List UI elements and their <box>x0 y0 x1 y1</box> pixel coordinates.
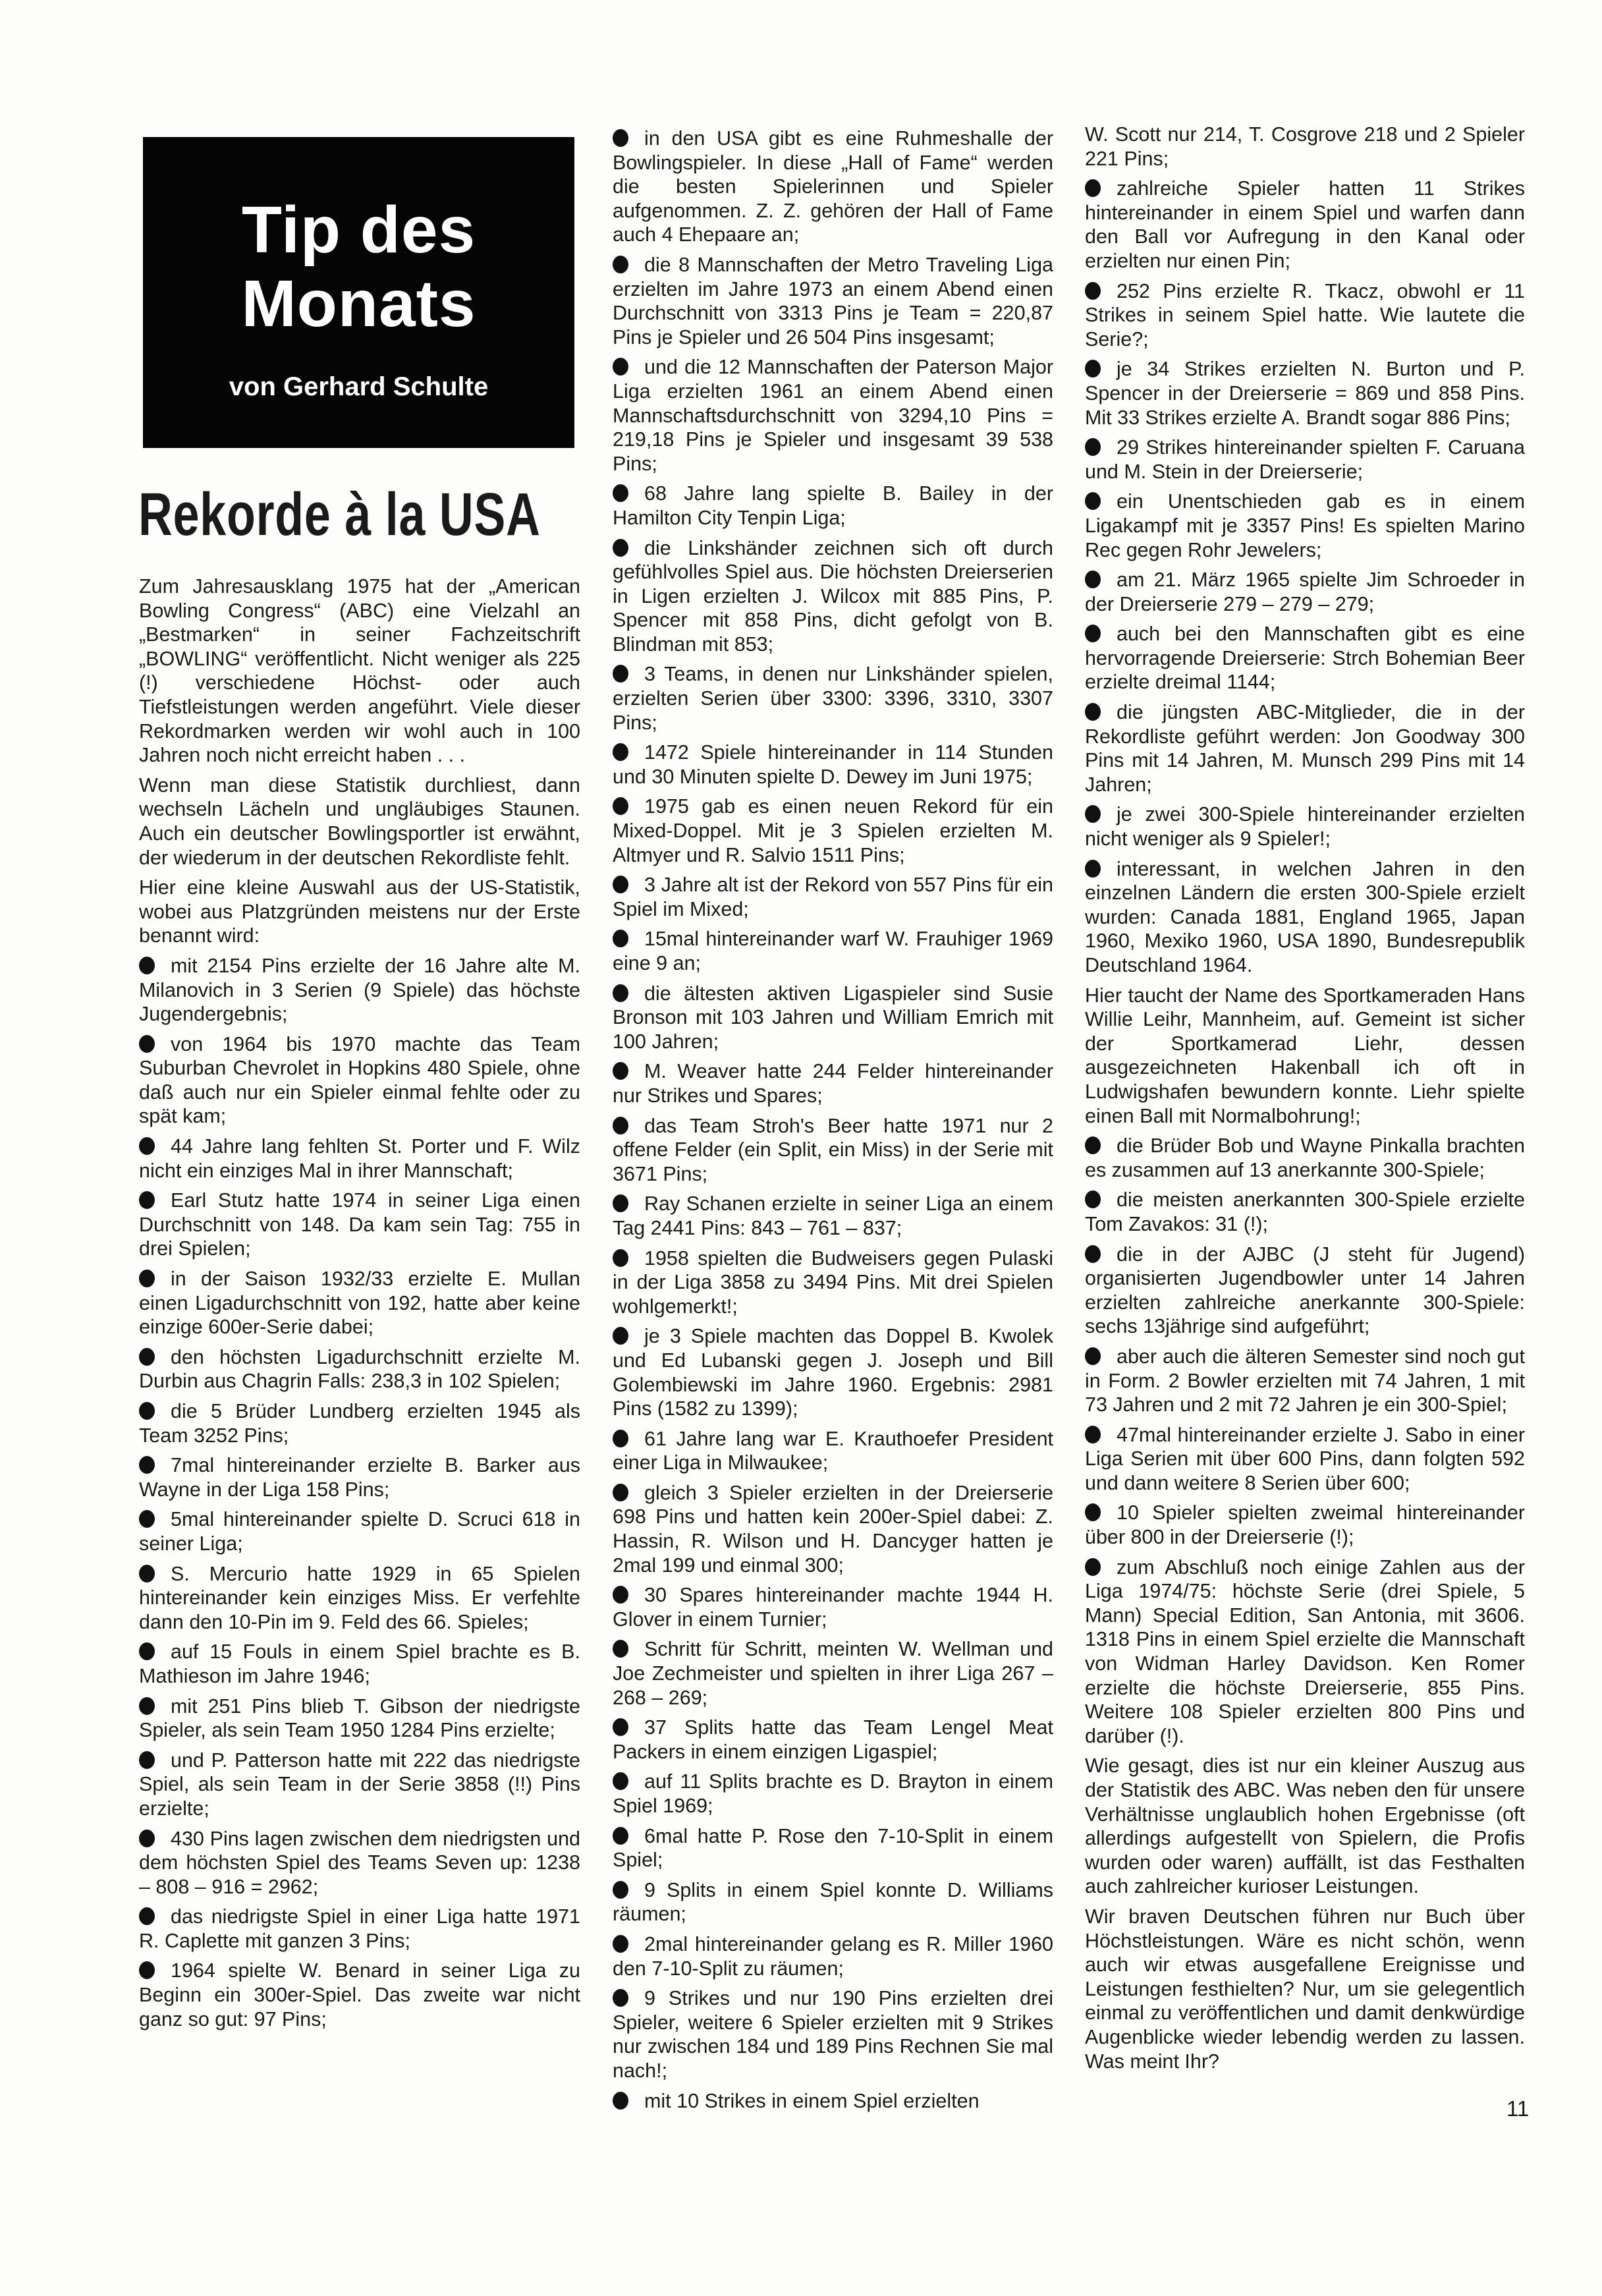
record-item: den höchsten Ligadurchschnitt erzielte M… <box>139 1345 580 1393</box>
record-item: 1975 gab es einen neuen Rekord für ein M… <box>613 795 1053 867</box>
byline: von Gerhard Schulte <box>143 372 574 402</box>
bullet-icon <box>613 1718 628 1736</box>
record-text: den höchsten Ligadurchschnitt erzielte M… <box>139 1346 580 1393</box>
record-item: 1964 spielte W. Benard in seiner Liga zu… <box>139 1959 580 2031</box>
record-item: 5mal hintereinander spielte D. Scruci 61… <box>139 1507 580 1555</box>
record-text: 9 Splits in einem Spiel konnte D. Willia… <box>613 1879 1053 1926</box>
record-text: von 1964 bis 1970 machte das Team Suburb… <box>139 1033 580 1128</box>
closing-paragraph: Wie gesagt, dies ist nur ein kleiner Aus… <box>1085 1754 1525 1899</box>
column-2: in den USA gibt es eine Ruhmeshalle der … <box>613 126 1053 2119</box>
record-text: je 34 Strikes erzielten N. Burton und P.… <box>1085 358 1525 428</box>
record-item: M. Weaver hatte 244 Felder hintereinande… <box>613 1059 1053 1107</box>
bullet-icon <box>613 797 628 815</box>
bullet-icon <box>1085 492 1101 510</box>
record-item: 30 Spares hintereinander machte 1944 H. … <box>613 1583 1053 1631</box>
record-item: Earl Stutz hatte 1974 in seiner Liga ein… <box>139 1189 580 1261</box>
record-text: die 5 Brüder Lundberg erzielten 1945 als… <box>139 1400 580 1447</box>
record-text: das Team Stroh's Beer hatte 1971 nur 2 o… <box>613 1115 1053 1185</box>
intro-paragraph: Wenn man diese Statistik durchliest, dan… <box>139 773 580 870</box>
record-item: je 3 Spiele machten das Doppel B. Kwolek… <box>613 1324 1053 1420</box>
bullet-icon <box>613 984 628 1002</box>
record-item: auf 15 Fouls in einem Spiel brachte es B… <box>139 1640 580 1688</box>
record-list: mit 2154 Pins erzielte der 16 Jahre alte… <box>139 954 580 2031</box>
record-text: 1958 spielten die Budweisers gegen Pulas… <box>613 1247 1053 1318</box>
record-item: die in der AJBC (J steht für Jugend) org… <box>1085 1243 1525 1339</box>
bullet-icon <box>613 539 628 557</box>
record-item: mit 251 Pins blieb T. Gibson der niedrig… <box>139 1694 580 1743</box>
bullet-icon <box>1085 179 1101 197</box>
bullet-icon <box>139 1697 155 1715</box>
bullet-icon <box>139 1751 155 1769</box>
record-item: aber auch die älteren Semester sind noch… <box>1085 1345 1525 1417</box>
bullet-icon <box>139 1907 155 1925</box>
bullet-icon <box>613 256 628 273</box>
record-item: von 1964 bis 1970 machte das Team Suburb… <box>139 1032 580 1129</box>
bullet-icon <box>139 1830 155 1847</box>
record-item: mit 2154 Pins erzielte der 16 Jahre alte… <box>139 954 580 1026</box>
record-text: 430 Pins lagen zwischen dem niedrigsten … <box>139 1828 580 1898</box>
record-item: die meisten anerkannten 300-Spiele erzie… <box>1085 1188 1525 1236</box>
bullet-icon <box>613 358 628 376</box>
bullet-icon <box>613 1881 628 1899</box>
record-item: ein Unentschieden gab es in einem Ligaka… <box>1085 490 1525 562</box>
bullet-icon <box>1085 1136 1101 1154</box>
record-item: das Team Stroh's Beer hatte 1971 nur 2 o… <box>613 1114 1053 1187</box>
record-text: 15mal hintereinander warf W. Frauhiger 1… <box>613 928 1053 974</box>
bullet-icon <box>613 1117 628 1134</box>
record-item: 47mal hintereinander erzielte J. Sabo in… <box>1085 1423 1525 1496</box>
record-item: je 34 Strikes erzielten N. Burton und P.… <box>1085 357 1525 430</box>
record-text: die meisten anerkannten 300-Spiele erzie… <box>1085 1189 1525 1235</box>
intro-paragraph: Zum Jahresausklang 1975 hat der „America… <box>139 574 580 768</box>
record-text: S. Mercurio hatte 1929 in 65 Spielen hin… <box>139 1563 580 1633</box>
record-text: in den USA gibt es eine Ruhmeshalle der … <box>613 127 1053 246</box>
record-text: auch bei den Mannschaften gibt es eine h… <box>1085 623 1525 693</box>
record-item: auf 11 Splits brachte es D. Brayton in e… <box>613 1770 1053 1818</box>
bullet-icon <box>139 1642 155 1660</box>
tip-title-line1: Tip des <box>143 193 574 267</box>
bullet-icon <box>1085 625 1101 642</box>
bullet-icon <box>613 1640 628 1658</box>
record-text: ein Unentschieden gab es in einem Ligaka… <box>1085 490 1525 561</box>
bullet-icon <box>139 1191 155 1209</box>
record-item: 9 Strikes und nur 190 Pins erzielten dre… <box>613 1986 1053 2083</box>
record-item: am 21. März 1965 spielte Jim Schroeder i… <box>1085 568 1525 616</box>
bullet-icon <box>139 1456 155 1474</box>
record-item: auch bei den Mannschaften gibt es eine h… <box>1085 622 1525 694</box>
record-item: 9 Splits in einem Spiel konnte D. Willia… <box>613 1878 1053 1926</box>
record-text: 252 Pins erzielte R. Tkacz, obwohl er 11… <box>1085 280 1525 350</box>
bullet-icon <box>613 930 628 947</box>
record-text: interessant, in welchen Jahren in den ei… <box>1085 858 1525 976</box>
bullet-icon <box>613 1935 628 1953</box>
bullet-icon <box>139 1565 155 1582</box>
record-text: 44 Jahre lang fehlten St. Porter und F. … <box>139 1135 580 1182</box>
tip-des-monats-box: Tip des Monats von Gerhard Schulte <box>143 137 574 448</box>
bullet-icon <box>1085 360 1101 378</box>
record-item: interessant, in welchen Jahren in den ei… <box>1085 857 1525 978</box>
record-item: 1472 Spiele hintereinander in 114 Stunde… <box>613 741 1053 789</box>
record-item: die Brüder Bob und Wayne Pinkalla bracht… <box>1085 1134 1525 1182</box>
record-item: 2mal hintereinander gelang es R. Miller … <box>613 1932 1053 1980</box>
record-item: S. Mercurio hatte 1929 in 65 Spielen hin… <box>139 1562 580 1635</box>
record-continuation: W. Scott nur 214, T. Cosgrove 218 und 2 … <box>1085 123 1525 171</box>
bullet-icon <box>613 1772 628 1790</box>
record-text: 9 Strikes und nur 190 Pins erzielten dre… <box>613 1987 1053 2082</box>
record-item: 3 Teams, in denen nur Linkshänder spiele… <box>613 662 1053 735</box>
record-text: mit 251 Pins blieb T. Gibson der niedrig… <box>139 1695 580 1742</box>
article-headline: Rekorde à la USA <box>138 482 541 547</box>
tip-title-line2: Monats <box>143 267 574 341</box>
record-text: 37 Splits hatte das Team Lengel Meat Pac… <box>613 1716 1053 1763</box>
record-item: und die 12 Mannschaften der Paterson Maj… <box>613 355 1053 476</box>
record-item: zahlreiche Spieler hatten 11 Strikes hin… <box>1085 177 1525 273</box>
record-item: je zwei 300-Spiele hintereinander erziel… <box>1085 802 1525 851</box>
record-item: zum Abschluß noch einige Zahlen aus der … <box>1085 1555 1525 1749</box>
record-item: und P. Patterson hatte mit 222 das niedr… <box>139 1749 580 1821</box>
record-text: 3 Teams, in denen nur Linkshänder spiele… <box>613 663 1053 733</box>
record-text: die in der AJBC (J steht für Jugend) org… <box>1085 1243 1525 1338</box>
record-text: die Linkshänder zeichnen sich oft durch … <box>613 537 1053 656</box>
record-text: je zwei 300-Spiele hintereinander erziel… <box>1085 803 1525 850</box>
record-text: mit 10 Strikes in einem Spiel erzielten <box>644 2090 980 2112</box>
record-item: 7mal hintereinander erzielte B. Barker a… <box>139 1453 580 1501</box>
record-item: 29 Strikes hintereinander spielten F. Ca… <box>1085 435 1525 484</box>
record-item: in der Saison 1932/33 erzielte E. Mullan… <box>139 1267 580 1339</box>
bullet-icon <box>1085 571 1101 588</box>
record-text: 29 Strikes hintereinander spielten F. Ca… <box>1085 436 1525 483</box>
record-text: die Brüder Bob und Wayne Pinkalla bracht… <box>1085 1134 1525 1181</box>
record-item: in den USA gibt es eine Ruhmeshalle der … <box>613 126 1053 247</box>
record-item: mit 10 Strikes in einem Spiel erzielten <box>613 2089 1053 2114</box>
bullet-icon <box>139 1035 155 1053</box>
record-text: 1472 Spiele hintereinander in 114 Stunde… <box>613 741 1053 788</box>
bullet-icon <box>139 1348 155 1366</box>
bullet-icon <box>1085 1426 1101 1443</box>
bullet-icon <box>613 1827 628 1845</box>
bullet-icon <box>139 957 155 974</box>
record-text: M. Weaver hatte 244 Felder hintereinande… <box>613 1060 1053 1107</box>
record-item: 430 Pins lagen zwischen dem niedrigsten … <box>139 1827 580 1899</box>
record-item: die jüngsten ABC-Mitglieder, die in der … <box>1085 700 1525 797</box>
record-text: auf 11 Splits brachte es D. Brayton in e… <box>613 1770 1053 1817</box>
record-text: mit 2154 Pins erzielte der 16 Jahre alte… <box>139 955 580 1025</box>
bullet-icon <box>613 1327 628 1345</box>
record-item: die 8 Mannschaften der Metro Traveling L… <box>613 253 1053 349</box>
bullet-icon <box>1085 1558 1101 1576</box>
record-item: die ältesten aktiven Ligaspieler sind Su… <box>613 982 1053 1054</box>
record-text: das niedrigste Spiel in einer Liga hatte… <box>139 1905 580 1952</box>
bullet-icon <box>139 1270 155 1287</box>
record-item: 3 Jahre alt ist der Rekord von 557 Pins … <box>613 873 1053 921</box>
record-text: gleich 3 Spieler erzielten in der Dreier… <box>613 1482 1053 1577</box>
record-text: 30 Spares hintereinander machte 1944 H. … <box>613 1584 1053 1631</box>
bullet-icon <box>613 2092 628 2110</box>
bullet-icon <box>139 1510 155 1528</box>
bullet-icon <box>613 1249 628 1267</box>
record-text: 47mal hintereinander erzielte J. Sabo in… <box>1085 1424 1525 1494</box>
record-item: gleich 3 Spieler erzielten in der Dreier… <box>613 1481 1053 1577</box>
closing-paragraph: Wir braven Deutschen führen nur Buch übe… <box>1085 1905 1525 2073</box>
bullet-icon <box>1085 1503 1101 1521</box>
bullet-icon <box>613 1484 628 1501</box>
record-text: zum Abschluß noch einige Zahlen aus der … <box>1085 1556 1525 1747</box>
bullet-icon <box>1085 860 1101 878</box>
bullet-icon <box>613 876 628 893</box>
record-text: 10 Spieler spielten zweimal hintereinand… <box>1085 1501 1525 1548</box>
record-text: Earl Stutz hatte 1974 in seiner Liga ein… <box>139 1189 580 1260</box>
record-text: und P. Patterson hatte mit 222 das niedr… <box>139 1749 580 1820</box>
bullet-icon <box>1085 1190 1101 1208</box>
record-list: die Brüder Bob und Wayne Pinkalla bracht… <box>1085 1134 1525 1748</box>
record-item: 6mal hatte P. Rose den 7-10-Split in ein… <box>613 1824 1053 1872</box>
record-item: 61 Jahre lang war E. Krauthoefer Preside… <box>613 1427 1053 1475</box>
bullet-icon <box>613 1586 628 1604</box>
bullet-icon <box>613 743 628 761</box>
record-text: aber auch die älteren Semester sind noch… <box>1085 1345 1525 1416</box>
bullet-icon <box>139 1137 155 1155</box>
record-text: in der Saison 1932/33 erzielte E. Mullan… <box>139 1268 580 1338</box>
record-item: die 5 Brüder Lundberg erzielten 1945 als… <box>139 1399 580 1447</box>
record-item: die Linkshänder zeichnen sich oft durch … <box>613 536 1053 657</box>
leihr-paragraph: Hier taucht der Name des Sportkameraden … <box>1085 984 1525 1129</box>
intro-paragraph: Hier eine kleine Auswahl aus der US-Stat… <box>139 876 580 948</box>
record-text: 6mal hatte P. Rose den 7-10-Split in ein… <box>613 1825 1053 1872</box>
record-list: in den USA gibt es eine Ruhmeshalle der … <box>613 126 1053 2113</box>
record-item: 10 Spieler spielten zweimal hintereinand… <box>1085 1501 1525 1549</box>
record-item: 252 Pins erzielte R. Tkacz, obwohl er 11… <box>1085 279 1525 352</box>
record-text: Ray Schanen erzielte in seiner Liga an e… <box>613 1192 1053 1239</box>
bullet-icon <box>1085 1347 1101 1365</box>
record-item: Ray Schanen erzielte in seiner Liga an e… <box>613 1192 1053 1240</box>
bullet-icon <box>139 1961 155 1979</box>
record-list: zahlreiche Spieler hatten 11 Strikes hin… <box>1085 177 1525 977</box>
record-item: 37 Splits hatte das Team Lengel Meat Pac… <box>613 1716 1053 1764</box>
record-item: 15mal hintereinander warf W. Frauhiger 1… <box>613 927 1053 975</box>
bullet-icon <box>613 1989 628 2007</box>
record-item: Schritt für Schritt, meinten W. Wellman … <box>613 1637 1053 1710</box>
record-text: 61 Jahre lang war E. Krauthoefer Preside… <box>613 1428 1053 1474</box>
bullet-icon <box>613 129 628 147</box>
record-text: zahlreiche Spieler hatten 11 Strikes hin… <box>1085 177 1525 272</box>
record-text: je 3 Spiele machten das Doppel B. Kwolek… <box>613 1325 1053 1420</box>
record-text: 5mal hintereinander spielte D. Scruci 61… <box>139 1508 580 1555</box>
bullet-icon <box>613 1062 628 1080</box>
record-text: 1975 gab es einen neuen Rekord für ein M… <box>613 795 1053 866</box>
bullet-icon <box>1085 1245 1101 1263</box>
record-item: das niedrigste Spiel in einer Liga hatte… <box>139 1905 580 1953</box>
record-text: 2mal hintereinander gelang es R. Miller … <box>613 1933 1053 1980</box>
bullet-icon <box>613 484 628 502</box>
bullet-icon <box>139 1402 155 1420</box>
record-item: 68 Jahre lang spielte B. Bailey in der H… <box>613 482 1053 530</box>
bullet-icon <box>1085 805 1101 823</box>
record-text: die ältesten aktiven Ligaspieler sind Su… <box>613 982 1053 1053</box>
bullet-icon <box>1085 282 1101 300</box>
record-text: auf 15 Fouls in einem Spiel brachte es B… <box>139 1640 580 1687</box>
record-text: die jüngsten ABC-Mitglieder, die in der … <box>1085 701 1525 796</box>
bullet-icon <box>613 665 628 683</box>
record-text: 68 Jahre lang spielte B. Bailey in der H… <box>613 482 1053 529</box>
record-text: 1964 spielte W. Benard in seiner Liga zu… <box>139 1959 580 2030</box>
record-item: 44 Jahre lang fehlten St. Porter und F. … <box>139 1134 580 1183</box>
bullet-icon <box>613 1430 628 1447</box>
record-text: 3 Jahre alt ist der Rekord von 557 Pins … <box>613 874 1053 920</box>
record-text: am 21. März 1965 spielte Jim Schroeder i… <box>1085 569 1525 615</box>
record-text: die 8 Mannschaften der Metro Traveling L… <box>613 254 1053 349</box>
bullet-icon <box>1085 438 1101 456</box>
column-1: Zum Jahresausklang 1975 hat der „America… <box>139 574 580 2037</box>
page-number: 11 <box>1506 2096 1529 2121</box>
column-3: W. Scott nur 214, T. Cosgrove 218 und 2 … <box>1085 123 1525 2079</box>
record-text: Schritt für Schritt, meinten W. Wellman … <box>613 1638 1053 1708</box>
bullet-icon <box>613 1194 628 1212</box>
bullet-icon <box>1085 703 1101 721</box>
record-text: 7mal hintereinander erzielte B. Barker a… <box>139 1454 580 1501</box>
record-item: 1958 spielten die Budweisers gegen Pulas… <box>613 1246 1053 1319</box>
record-text: und die 12 Mannschaften der Paterson Maj… <box>613 356 1053 474</box>
